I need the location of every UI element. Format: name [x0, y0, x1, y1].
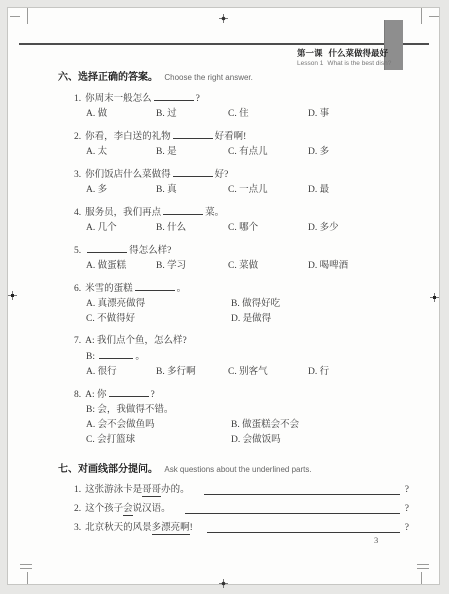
question-2: 2.你看，李白送的礼物好看啊! A. 太 B. 是 C. 有点儿 D. 多 — [74, 129, 409, 160]
question-mark: ? — [405, 502, 409, 516]
option-a: A. 会不会做鱼吗 — [86, 418, 231, 433]
question-5: 5.得怎么样? A. 做蛋糕 B. 学习 C. 菜做 D. 喝啤酒 — [74, 243, 409, 274]
option-d: D. 会做饭吗 — [231, 433, 409, 448]
question-3: 3.你们饭店什么菜做得好? A. 多 B. 真 C. 一点儿 D. 最 — [74, 167, 409, 198]
sentence: 这个孩子会说汉语。 — [85, 502, 171, 516]
question-7: 7.A: 我们点个鱼，怎么样? B: 。 A. 很行 B. 多行啊 C. 别客气… — [74, 334, 409, 380]
section7-title-en: Ask questions about the underlined parts… — [164, 465, 311, 474]
registration-mark-bottom-center — [219, 575, 228, 593]
option-c: C. 别客气 — [228, 365, 308, 380]
header-title-zh: 第一课什么菜做得最好 — [297, 48, 407, 58]
option-b: B. 做蛋糕会不会 — [231, 418, 409, 433]
question-8-line-b: B: 会，我做得不错。 — [86, 403, 409, 418]
option-b: B. 什么 — [156, 221, 228, 236]
option-d: D. 多少 — [308, 221, 409, 236]
option-b: B. 真 — [156, 183, 228, 198]
question-1-stem: 1.你周末一般怎么? — [74, 91, 409, 107]
question-4-stem: 4.服务员，我们再点菜。 — [74, 205, 409, 221]
fill-blank — [135, 281, 175, 291]
crop-mark-top-right-h — [429, 16, 439, 17]
question-1: 1.你周末一般怎么? A. 做 B. 过 C. 住 D. 事 — [74, 91, 409, 122]
option-a: A. 真漂亮做得 — [86, 297, 231, 312]
question-3-options: A. 多 B. 真 C. 一点儿 D. 最 — [86, 183, 409, 198]
option-d: D. 事 — [308, 107, 409, 122]
question-7-line-b: B: 。 — [86, 349, 409, 365]
underlined-text: 会 — [123, 504, 133, 516]
question-5-stem: 5.得怎么样? — [74, 243, 409, 259]
fill-blank — [109, 387, 149, 397]
crop-mark-bottom-right-v — [421, 572, 422, 584]
option-a: A. 做 — [86, 107, 156, 122]
option-b: B. 做得好吃 — [231, 297, 409, 312]
question-2-stem: 2.你看，李白送的礼物好看啊! — [74, 129, 409, 145]
question-7-options: A. 很行 B. 多行啊 C. 别客气 D. 行 — [86, 365, 409, 380]
option-a: A. 多 — [86, 183, 156, 198]
answer-line — [207, 532, 400, 533]
section6-title-zh: 六、选择正确的答案。 — [58, 72, 158, 83]
question-6: 6.米雪的蛋糕。 A. 真漂亮做得 B. 做得好吃 C. 不做得好 D. 是做得 — [74, 281, 409, 327]
section7-title-zh: 七、对画线部分提问。 — [58, 464, 158, 475]
underlined-text: 多漂亮啊 — [152, 523, 190, 535]
question-8: 8.A: 你? B: 会，我做得不错。 A. 会不会做鱼吗 B. 做蛋糕会不会 … — [74, 387, 409, 448]
crop-mark-top-right — [421, 8, 422, 24]
crop-mark-bottom-left-v — [27, 572, 28, 584]
option-c: C. 住 — [228, 107, 308, 122]
fill-blank — [99, 349, 133, 359]
underline-question-2: 2. 这个孩子会说汉语。 ? — [74, 502, 409, 516]
question-2-options: A. 太 B. 是 C. 有点儿 D. 多 — [86, 145, 409, 160]
header-rule — [19, 43, 429, 45]
question-mark: ? — [405, 483, 409, 497]
option-a: A. 很行 — [86, 365, 156, 380]
book-page: 第一课什么菜做得最好 Lesson 1What is the best dish… — [7, 7, 440, 585]
question-4: 4.服务员，我们再点菜。 A. 几个 B. 什么 C. 哪个 D. 多少 — [74, 205, 409, 236]
sentence: 北京秋天的风景多漂亮啊! — [85, 521, 193, 535]
running-header: 第一课什么菜做得最好 Lesson 1What is the best dish… — [297, 48, 407, 69]
crop-mark-bottom-right-h1 — [417, 564, 429, 565]
question-4-options: A. 几个 B. 什么 C. 哪个 D. 多少 — [86, 221, 409, 236]
crop-mark-top-left — [27, 8, 28, 24]
registration-mark-top-center — [219, 10, 228, 28]
option-c: C. 菜做 — [228, 259, 308, 274]
page-number: 3 — [374, 535, 378, 545]
option-c: C. 一点儿 — [228, 183, 308, 198]
option-c: C. 哪个 — [228, 221, 308, 236]
option-c: C. 会打篮球 — [86, 433, 231, 448]
option-d: D. 多 — [308, 145, 409, 160]
option-a: A. 几个 — [86, 221, 156, 236]
section6-title-en: Choose the right answer. — [164, 73, 253, 82]
option-c: C. 有点儿 — [228, 145, 308, 160]
option-d: D. 行 — [308, 365, 409, 380]
section6-heading: 六、选择正确的答案。 Choose the right answer. — [58, 70, 409, 86]
exercise-content: 六、选择正确的答案。 Choose the right answer. 1.你周… — [58, 70, 409, 540]
fill-blank — [154, 91, 194, 101]
underlined-text: 哥哥 — [142, 485, 161, 497]
fill-blank — [173, 167, 213, 177]
question-8-options-row2: C. 会打篮球 D. 会做饭吗 — [86, 433, 409, 448]
registration-mark-left — [8, 287, 17, 305]
sentence: 这张游泳卡是哥哥办的。 — [85, 483, 190, 497]
option-a: A. 太 — [86, 145, 156, 160]
crop-mark-top-left-h — [10, 16, 20, 17]
section7-heading: 七、对画线部分提问。 Ask questions about the under… — [58, 462, 409, 478]
registration-mark-right — [430, 289, 439, 307]
option-d: D. 是做得 — [231, 312, 409, 327]
underline-question-1: 1. 这张游泳卡是哥哥办的。 ? — [74, 483, 409, 497]
crop-mark-bottom-right-h2 — [417, 568, 429, 569]
scan-background: { "header": { "lesson_zh": "第一课", "title… — [0, 0, 449, 594]
underline-question-3: 3. 北京秋天的风景多漂亮啊! ? — [74, 521, 409, 535]
option-b: B. 过 — [156, 107, 228, 122]
option-b: B. 学习 — [156, 259, 228, 274]
fill-blank — [87, 243, 127, 253]
option-a: A. 做蛋糕 — [86, 259, 156, 274]
question-1-options: A. 做 B. 过 C. 住 D. 事 — [86, 107, 409, 122]
question-6-stem: 6.米雪的蛋糕。 — [74, 281, 409, 297]
question-5-options: A. 做蛋糕 B. 学习 C. 菜做 D. 喝啤酒 — [86, 259, 409, 274]
question-8-line-a: 8.A: 你? — [74, 387, 409, 403]
header-title-en: Lesson 1What is the best dish? — [297, 59, 407, 69]
option-c: C. 不做得好 — [86, 312, 231, 327]
option-b: B. 多行啊 — [156, 365, 228, 380]
question-3-stem: 3.你们饭店什么菜做得好? — [74, 167, 409, 183]
answer-line — [185, 513, 400, 514]
question-6-options-row1: A. 真漂亮做得 B. 做得好吃 — [86, 297, 409, 312]
option-b: B. 是 — [156, 145, 228, 160]
crop-mark-bottom-left-h2 — [20, 568, 32, 569]
fill-blank — [173, 129, 213, 139]
option-d: D. 最 — [308, 183, 409, 198]
question-6-options-row2: C. 不做得好 D. 是做得 — [86, 312, 409, 327]
question-mark: ? — [405, 521, 409, 535]
question-8-options-row1: A. 会不会做鱼吗 B. 做蛋糕会不会 — [86, 418, 409, 433]
fill-blank — [163, 205, 203, 215]
crop-mark-bottom-left-h1 — [20, 564, 32, 565]
option-d: D. 喝啤酒 — [308, 259, 409, 274]
answer-line — [204, 494, 400, 495]
question-7-line-a: 7.A: 我们点个鱼，怎么样? — [74, 334, 409, 349]
